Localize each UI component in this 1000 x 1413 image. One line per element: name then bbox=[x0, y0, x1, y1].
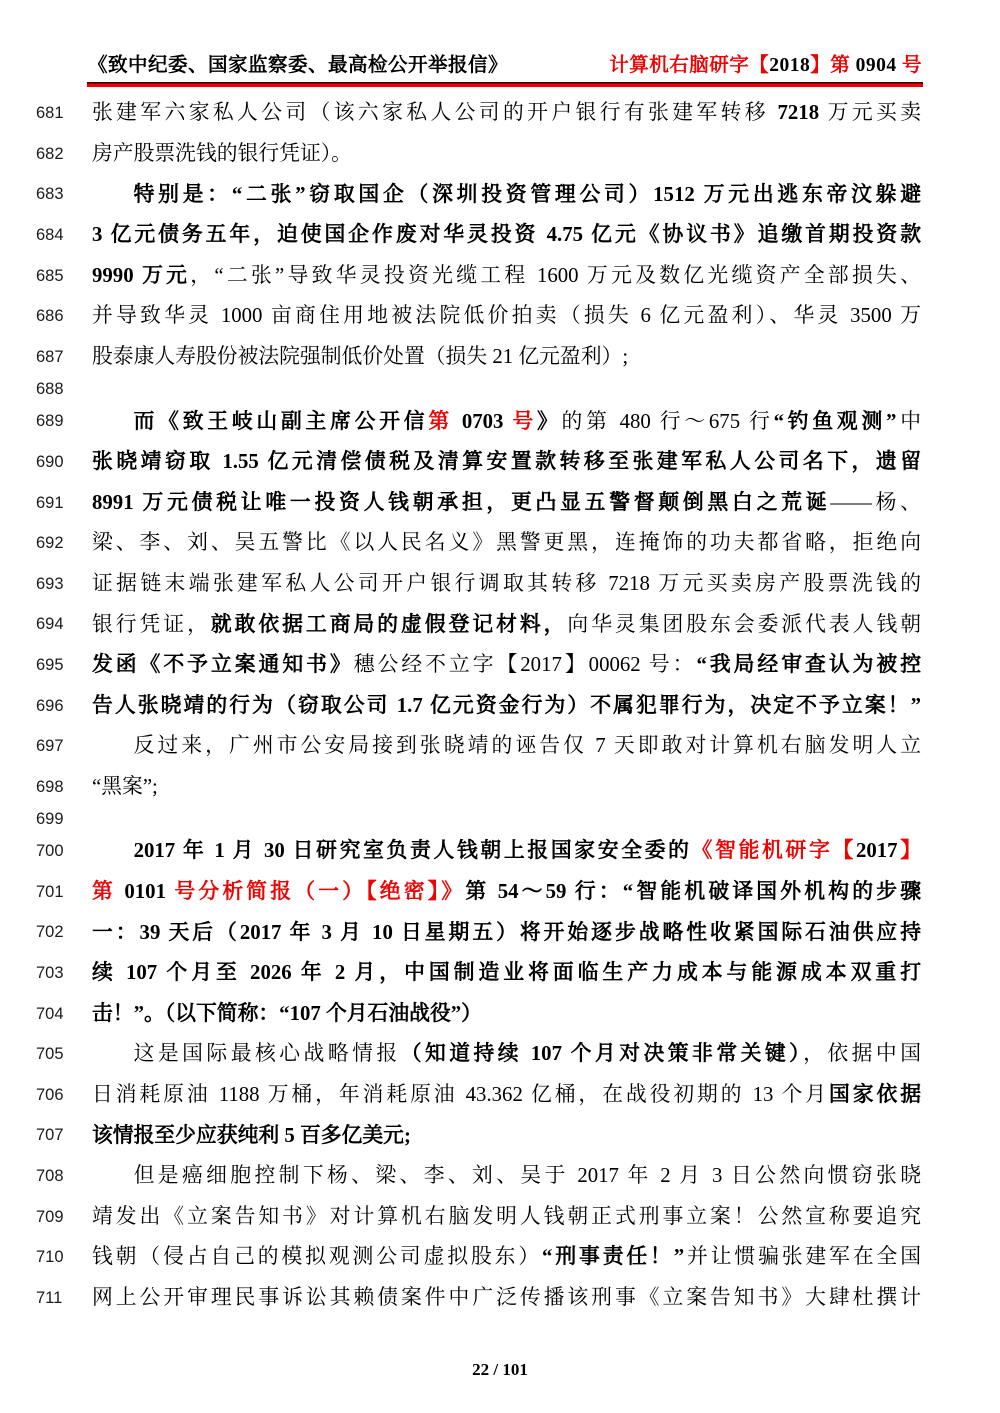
text-segment: 0904 bbox=[856, 55, 897, 76]
line-text: 这是国际最核心战略情报（知道持续 107 个月对决策非常关键），依据中国 bbox=[92, 1034, 921, 1075]
line-text: 而《致王岐山副主席公开信第 0703 号》的第 480 行～675 行“钓鱼观测… bbox=[92, 402, 921, 443]
text-segment: 靖发出《立案告知书》对计算机右脑发明人钱朝正式刑事立案！公然宣称要追究 bbox=[92, 1205, 921, 1228]
line-number: 700 bbox=[36, 842, 92, 861]
document-line: 690张晓靖窃取 1.55 亿元清偿债税及清算安置款转移至张建军私人公司名下，遗… bbox=[0, 442, 1000, 483]
text-segment: 银行凭证， bbox=[92, 613, 211, 636]
document-line: 687股泰康人寿股份被法院强制低价处置（损失 21 亿元盈利）; bbox=[0, 337, 1000, 378]
document-line: 704击！”。（以下简称：“107 个月石油战役”） bbox=[0, 994, 1000, 1035]
text-segment: 张建军六家私人公司（该六家私人公司的开户银行有张建军转移 bbox=[92, 101, 778, 124]
line-text: 第 0101 号分析简报（一）【绝密】》第 54～59 行：“智能机破译国外机构… bbox=[92, 872, 921, 913]
line-text: 击！”。（以下简称：“107 个月石油战役”） bbox=[92, 994, 921, 1035]
line-text: 证据链末端张建军私人公司开户银行调取其转移 7218 万元买卖房产股票洗钱的 bbox=[92, 564, 921, 605]
text-segment: “我局经审查认为被控 bbox=[696, 653, 921, 676]
text-segment: 张晓靖窃取 1.55 亿元清偿债税及清算安置款转移至张建军私人公司名下，遗留 bbox=[92, 450, 921, 473]
text-segment: 而《致王岐山副主席公开信 bbox=[134, 410, 429, 433]
text-segment: 计算机右脑研字【 bbox=[609, 55, 769, 76]
line-number: 689 bbox=[36, 412, 92, 431]
text-segment: 第 bbox=[92, 880, 124, 903]
line-number: 692 bbox=[36, 534, 92, 553]
line-number: 703 bbox=[36, 964, 92, 983]
document-line: 6918991 万元债税让唯一投资人钱朝承担，更凸显五警督颠倒黑白之荒诞——杨、 bbox=[0, 483, 1000, 524]
text-segment: 2018 bbox=[769, 55, 810, 76]
line-text: 反过来，广州市公安局接到张晓靖的诬告仅 7 天即敢对计算机右脑发明人立 bbox=[92, 726, 921, 767]
text-segment: 《智能机研字【 bbox=[692, 839, 856, 862]
report-title: 《致中纪委、国家监察委、最高检公开举报信》 bbox=[88, 54, 508, 77]
text-segment: 并导致华灵 1000 亩商住用地被法院低价拍卖（损失 6 亿元盈利）、华灵 35… bbox=[92, 304, 921, 327]
line-number: 683 bbox=[36, 185, 92, 204]
text-segment: 股泰康人寿股份被法院强制低价处置（损失 21 亿元盈利）; bbox=[92, 345, 628, 368]
text-segment: 房产股票洗钱的银行凭证）。 bbox=[92, 142, 352, 165]
text-segment: 但是癌细胞控制下杨、梁、李、刘、吴于 2017 年 2 月 3 日公然向惯窃张晓 bbox=[134, 1164, 921, 1187]
text-segment: 这是国际最核心战略情报 bbox=[134, 1042, 401, 1065]
line-text: 日消耗原油 1188 万桶，年消耗原油 43.362 亿桶，在战役初期的 13 … bbox=[92, 1075, 921, 1116]
text-segment: 号分析简报（一）【绝密】》 bbox=[166, 880, 465, 903]
line-number: 708 bbox=[36, 1167, 92, 1186]
line-number: 688 bbox=[36, 380, 92, 399]
line-number: 696 bbox=[36, 697, 92, 716]
line-number: 695 bbox=[36, 656, 92, 675]
line-text: 该情报至少应获纯利 5 百多亿美元; bbox=[92, 1116, 921, 1157]
line-number: 702 bbox=[36, 923, 92, 942]
header-rule bbox=[87, 82, 923, 87]
text-segment: “钓鱼观测” bbox=[774, 410, 897, 433]
text-segment: 】 bbox=[898, 839, 921, 862]
line-number: 685 bbox=[36, 267, 92, 286]
text-segment: 3 亿元债务五年，迫使国企作废对华灵投资 4.75 亿元《协议书》追缴首期投资款 bbox=[92, 223, 921, 246]
line-number: 697 bbox=[36, 737, 92, 756]
document-line: 688 bbox=[0, 378, 1000, 402]
text-segment: “刑事责任！” bbox=[542, 1245, 684, 1268]
line-text: 张晓靖窃取 1.55 亿元清偿债税及清算安置款转移至张建军私人公司名下，遗留 bbox=[92, 442, 921, 483]
text-segment: “黑案”; bbox=[92, 775, 158, 798]
text-segment: 国家依据 bbox=[829, 1083, 921, 1106]
page-footer: 22 / 101 bbox=[0, 1360, 1000, 1380]
page-indicator: 22 / 101 bbox=[472, 1360, 528, 1379]
document-line: 695发函《不予立案通知书》穗公经不立字【2017】00062 号：“我局经审查… bbox=[0, 645, 1000, 686]
text-segment: 中 bbox=[896, 410, 921, 433]
line-number: 705 bbox=[36, 1045, 92, 1064]
document-line: 697反过来，广州市公安局接到张晓靖的诬告仅 7 天即敢对计算机右脑发明人立 bbox=[0, 726, 1000, 767]
document-line: 693证据链末端张建军私人公司开户银行调取其转移 7218 万元买卖房产股票洗钱… bbox=[0, 564, 1000, 605]
text-segment: ，“二张”导致华灵投资光缆工程 1600 万元及数亿光缆资产全部损失、 bbox=[190, 264, 921, 287]
line-text: 并导致华灵 1000 亩商住用地被法院低价拍卖（损失 6 亿元盈利）、华灵 35… bbox=[92, 296, 921, 337]
text-segment: 9990 万元 bbox=[92, 264, 190, 287]
text-segment: 梁、李、刘、吴五警比《以人民名义》黑警更黑，连掩饰的功夫都省略，拒绝向 bbox=[92, 531, 921, 554]
line-text: 2017 年 1 月 30 日研究室负责人钱朝上报国家安全委的《智能机研字【20… bbox=[92, 831, 921, 872]
text-segment: 特别是：“二张”窃取国企（深圳投资管理公司）1512 万元出逃东帝汶躲避 bbox=[134, 183, 921, 206]
line-text: 张建军六家私人公司（该六家私人公司的开户银行有张建军转移 7218 万元买卖 bbox=[92, 93, 921, 134]
text-segment: 2017 年 1 月 30 日研究室负责人钱朝上报国家安全委的 bbox=[134, 839, 692, 862]
text-segment: 钱朝（侵占自己的模拟观测公司虚拟股东） bbox=[92, 1245, 542, 1268]
text-segment: 证据链末端张建军私人公司开户银行调取其转移 7218 万元买卖房产股票洗钱的 bbox=[92, 572, 921, 595]
line-number: 684 bbox=[36, 226, 92, 245]
document-line: 703续 107 个月至 2026 年 2 月，中国制造业将面临生产力成本与能源… bbox=[0, 953, 1000, 994]
line-text: 网上公开审理民事诉讼其赖债案件中广泛传播该刑事《立案告知书》大肆杜撰计 bbox=[92, 1278, 921, 1319]
line-text: 一：39 天后（2017 年 3 月 10 日星期五）将开始逐步战略性收紧国际石… bbox=[92, 913, 921, 954]
text-segment: 第 bbox=[428, 410, 462, 433]
text-segment: 就敢依据工商局的虚假登记材料， bbox=[211, 613, 568, 636]
text-segment: 向华灵集团股东会委派代表人钱朝 bbox=[567, 613, 921, 636]
line-number: 690 bbox=[36, 453, 92, 472]
text-segment: 》 bbox=[537, 410, 562, 433]
line-text: 梁、李、刘、吴五警比《以人民名义》黑警更黑，连掩饰的功夫都省略，拒绝向 bbox=[92, 523, 921, 564]
document-line: 6859990 万元，“二张”导致华灵投资光缆工程 1600 万元及数亿光缆资产… bbox=[0, 256, 1000, 297]
text-segment: 击！”。（以下简称：“107 个月石油战役”） bbox=[92, 1002, 482, 1025]
line-text: 特别是：“二张”窃取国企（深圳投资管理公司）1512 万元出逃东帝汶躲避 bbox=[92, 175, 921, 216]
line-text: 发函《不予立案通知书》穗公经不立字【2017】00062 号：“我局经审查认为被… bbox=[92, 645, 921, 686]
line-text: 但是癌细胞控制下杨、梁、李、刘、吴于 2017 年 2 月 3 日公然向惯窃张晓 bbox=[92, 1156, 921, 1197]
document-body: 681张建军六家私人公司（该六家私人公司的开户银行有张建军转移 7218 万元买… bbox=[0, 93, 1000, 1318]
line-text: 钱朝（侵占自己的模拟观测公司虚拟股东）“刑事责任！”并让惯骗张建军在全国 bbox=[92, 1237, 921, 1278]
document-number: 计算机右脑研字【2018】第 0904 号 bbox=[609, 54, 922, 77]
line-text: 银行凭证，就敢依据工商局的虚假登记材料，向华灵集团股东会委派代表人钱朝 bbox=[92, 605, 921, 646]
document-line: 696告人张晓靖的行为（窃取公司 1.7 亿元资金行为）不属犯罪行为，决定不予立… bbox=[0, 686, 1000, 727]
line-number: 709 bbox=[36, 1208, 92, 1227]
text-segment: 反过来，广州市公安局接到张晓靖的诬告仅 7 天即敢对计算机右脑发明人立 bbox=[134, 734, 921, 757]
document-line: 711网上公开审理民事诉讼其赖债案件中广泛传播该刑事《立案告知书》大肆杜撰计 bbox=[0, 1278, 1000, 1319]
document-line: 683特别是：“二张”窃取国企（深圳投资管理公司）1512 万元出逃东帝汶躲避 bbox=[0, 175, 1000, 216]
line-number: 687 bbox=[36, 348, 92, 367]
document-line: 706日消耗原油 1188 万桶，年消耗原油 43.362 亿桶，在战役初期的 … bbox=[0, 1075, 1000, 1116]
document-line: 686并导致华灵 1000 亩商住用地被法院低价拍卖（损失 6 亿元盈利）、华灵… bbox=[0, 296, 1000, 337]
line-number: 711 bbox=[36, 1289, 92, 1308]
text-segment: 0101 bbox=[124, 880, 166, 903]
document-line: 702一：39 天后（2017 年 3 月 10 日星期五）将开始逐步战略性收紧… bbox=[0, 913, 1000, 954]
line-text: 续 107 个月至 2026 年 2 月，中国制造业将面临生产力成本与能源成本双… bbox=[92, 953, 921, 994]
document-line: 705这是国际最核心战略情报（知道持续 107 个月对决策非常关键），依据中国 bbox=[0, 1034, 1000, 1075]
document-line: 701第 0101 号分析简报（一）【绝密】》第 54～59 行：“智能机破译国… bbox=[0, 872, 1000, 913]
line-number: 694 bbox=[36, 615, 92, 634]
document-line: 709靖发出《立案告知书》对计算机右脑发明人钱朝正式刑事立案！公然宣称要追究 bbox=[0, 1197, 1000, 1238]
line-number: 693 bbox=[36, 575, 92, 594]
text-segment: 告人张晓靖的行为（窃取公司 1.7 亿元资金行为）不属犯罪行为，决定不予立案！” bbox=[92, 694, 921, 717]
document-line: 7002017 年 1 月 30 日研究室负责人钱朝上报国家安全委的《智能机研字… bbox=[0, 831, 1000, 872]
line-text: 房产股票洗钱的银行凭证）。 bbox=[92, 134, 921, 175]
document-line: 689而《致王岐山副主席公开信第 0703 号》的第 480 行～675 行“钓… bbox=[0, 402, 1000, 443]
line-number: 704 bbox=[36, 1005, 92, 1024]
line-text: 8991 万元债税让唯一投资人钱朝承担，更凸显五警督颠倒黑白之荒诞——杨、 bbox=[92, 483, 921, 524]
line-text: 3 亿元债务五年，迫使国企作废对华灵投资 4.75 亿元《协议书》追缴首期投资款 bbox=[92, 215, 921, 256]
text-segment: 发函《不予立案通知书》 bbox=[92, 653, 354, 676]
text-segment: 穗公经不立字【2017】00062 号： bbox=[354, 653, 697, 676]
text-segment: 一：39 天后（2017 年 3 月 10 日星期五）将开始逐步战略性收紧国际石… bbox=[92, 921, 921, 944]
text-segment: 】第 bbox=[810, 55, 855, 76]
line-number: 682 bbox=[36, 145, 92, 164]
text-segment: 该情报至少应获纯利 5 百多亿美元; bbox=[92, 1124, 411, 1147]
text-segment: 万元买卖 bbox=[819, 101, 921, 124]
line-number: 699 bbox=[36, 810, 92, 829]
line-text: 9990 万元，“二张”导致华灵投资光缆工程 1600 万元及数亿光缆资产全部损… bbox=[92, 256, 921, 297]
document-line: 692梁、李、刘、吴五警比《以人民名义》黑警更黑，连掩饰的功夫都省略，拒绝向 bbox=[0, 523, 1000, 564]
document-line: 710钱朝（侵占自己的模拟观测公司虚拟股东）“刑事责任！”并让惯骗张建军在全国 bbox=[0, 1237, 1000, 1278]
text-segment: 并让惯骗张建军在全国 bbox=[684, 1245, 921, 1268]
document-line: 699 bbox=[0, 807, 1000, 831]
document-line: 682房产股票洗钱的银行凭证）。 bbox=[0, 134, 1000, 175]
line-number: 681 bbox=[36, 104, 92, 123]
text-segment: 网上公开审理民事诉讼其赖债案件中广泛传播该刑事《立案告知书》大肆杜撰计 bbox=[92, 1286, 921, 1309]
text-segment: 的第 480 行～675 行 bbox=[562, 410, 774, 433]
document-line: 6843 亿元债务五年，迫使国企作废对华灵投资 4.75 亿元《协议书》追缴首期… bbox=[0, 215, 1000, 256]
text-segment: ，依据中国 bbox=[803, 1042, 921, 1065]
line-number: 686 bbox=[36, 307, 92, 326]
text-segment: 日消耗原油 1188 万桶，年消耗原油 43.362 亿桶，在战役初期的 13 … bbox=[92, 1083, 829, 1106]
text-segment: 2017 bbox=[856, 839, 898, 862]
document-line: 694银行凭证，就敢依据工商局的虚假登记材料，向华灵集团股东会委派代表人钱朝 bbox=[0, 605, 1000, 646]
document-page: 《致中纪委、国家监察委、最高检公开举报信》 计算机右脑研字【2018】第 090… bbox=[0, 0, 1000, 1413]
line-text: 靖发出《立案告知书》对计算机右脑发明人钱朝正式刑事立案！公然宣称要追究 bbox=[92, 1197, 921, 1238]
text-segment: ——杨、 bbox=[830, 491, 921, 514]
text-segment: 号 bbox=[503, 410, 537, 433]
line-number: 706 bbox=[36, 1086, 92, 1105]
document-line: 681张建军六家私人公司（该六家私人公司的开户银行有张建军转移 7218 万元买… bbox=[0, 93, 1000, 134]
document-line: 698“黑案”; bbox=[0, 767, 1000, 808]
line-text: 股泰康人寿股份被法院强制低价处置（损失 21 亿元盈利）; bbox=[92, 337, 921, 378]
text-segment: 0703 bbox=[462, 410, 504, 433]
text-segment: 7218 bbox=[778, 101, 820, 124]
text-segment: 第 54～59 行：“智能机破译国外机构的步骤 bbox=[465, 880, 921, 903]
line-number: 691 bbox=[36, 494, 92, 513]
document-line: 707该情报至少应获纯利 5 百多亿美元; bbox=[0, 1116, 1000, 1157]
line-number: 710 bbox=[36, 1248, 92, 1267]
document-line: 708但是癌细胞控制下杨、梁、李、刘、吴于 2017 年 2 月 3 日公然向惯… bbox=[0, 1156, 1000, 1197]
text-segment: 8991 万元债税让唯一投资人钱朝承担，更凸显五警督颠倒黑白之荒诞 bbox=[92, 491, 830, 514]
text-segment: 号 bbox=[897, 55, 922, 76]
text-segment: 续 107 个月至 2026 年 2 月，中国制造业将面临生产力成本与能源成本双… bbox=[92, 961, 921, 984]
line-number: 707 bbox=[36, 1126, 92, 1145]
line-text: 告人张晓靖的行为（窃取公司 1.7 亿元资金行为）不属犯罪行为，决定不予立案！” bbox=[92, 686, 921, 727]
text-segment: （知道持续 107 个月对决策非常关键） bbox=[401, 1042, 803, 1065]
line-number: 698 bbox=[36, 778, 92, 797]
line-number: 701 bbox=[36, 883, 92, 902]
page-header: 《致中纪委、国家监察委、最高检公开举报信》 计算机右脑研字【2018】第 090… bbox=[88, 0, 922, 77]
line-text: “黑案”; bbox=[92, 767, 921, 808]
